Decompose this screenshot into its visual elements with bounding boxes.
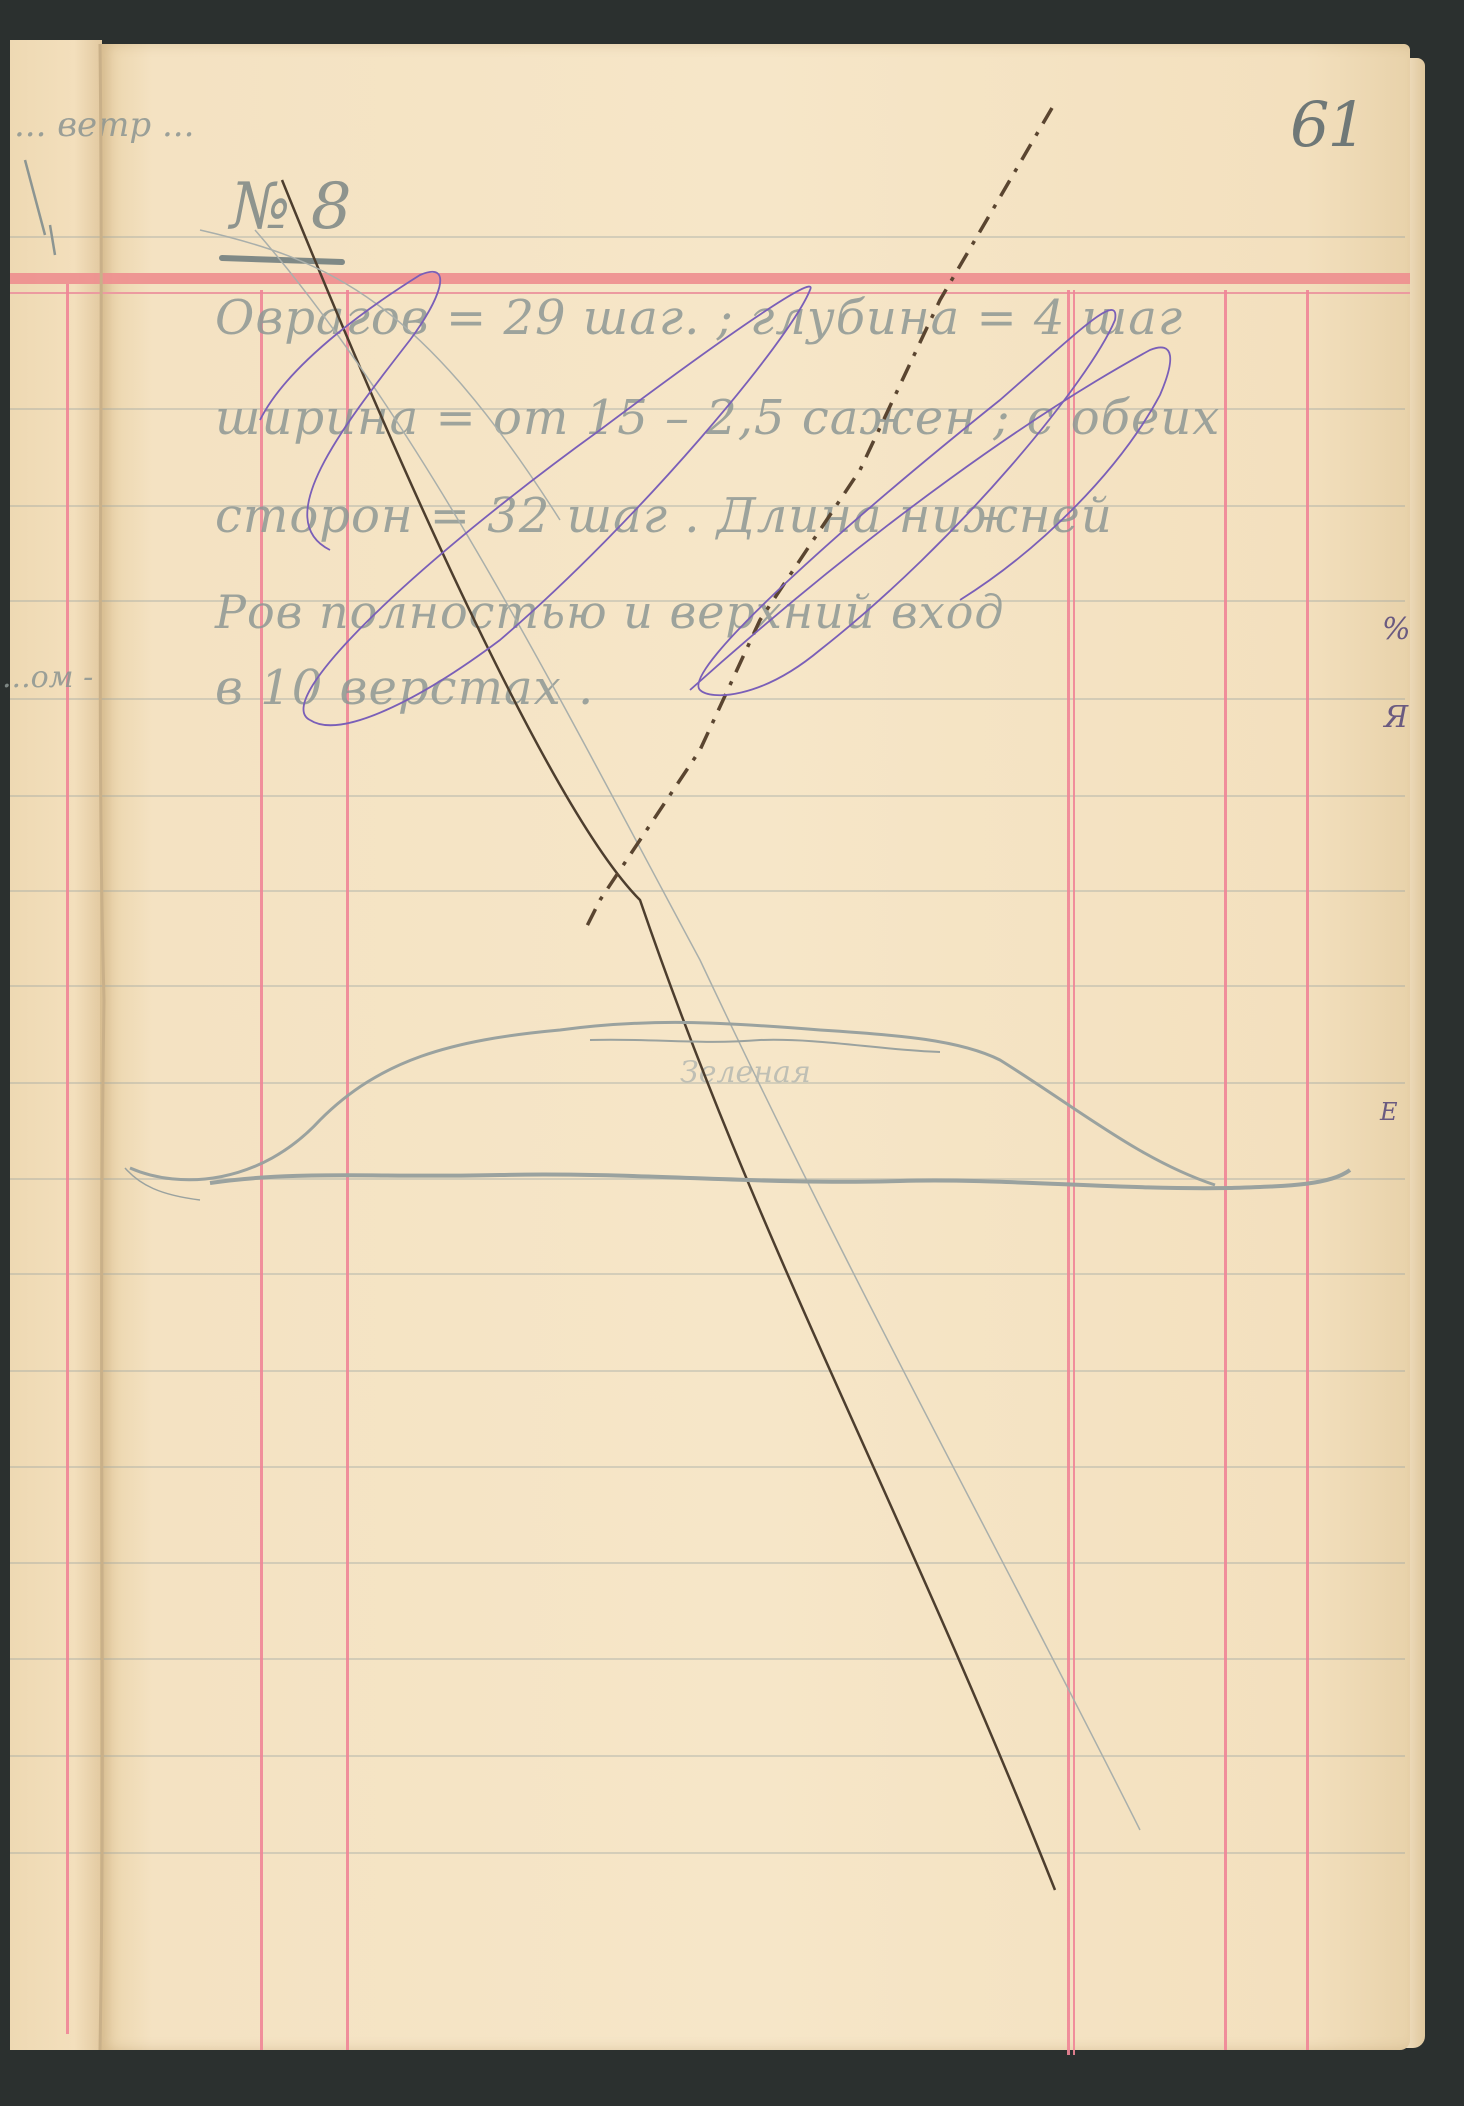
page-number: 61 — [1290, 88, 1365, 161]
handwritten-line-1: Оврагов = 29 шаг. ; глубина = 4 шаг — [215, 290, 1183, 346]
sketch-label: Зеленая — [680, 1055, 811, 1090]
handwritten-line-2: ширина = от 15 – 2,5 сажен ; с обеих — [215, 390, 1220, 446]
margin-mark-percent: % — [1382, 612, 1411, 647]
margin-mark-bottom: Е — [1380, 1098, 1398, 1126]
scanned-notebook: 61 № 8 Оврагов = 29 шаг. ; глубина = 4 ш… — [0, 0, 1464, 2106]
left-page-sliver — [10, 40, 102, 2050]
handwritten-line-5: в 10 верстах . — [215, 660, 594, 716]
left-page-note-mid: ...ом - — [2, 660, 93, 695]
entry-number: № 8 — [230, 170, 352, 244]
handwritten-line-3: сторон = 32 шаг . Длина нижней — [215, 488, 1113, 544]
margin-mark-letter: Я — [1384, 700, 1408, 735]
left-page-note-top: ... ветр ... — [14, 105, 194, 145]
handwritten-line-4: Ров полностью и верхний вход — [215, 585, 1005, 639]
header-red-rule — [10, 273, 1410, 284]
